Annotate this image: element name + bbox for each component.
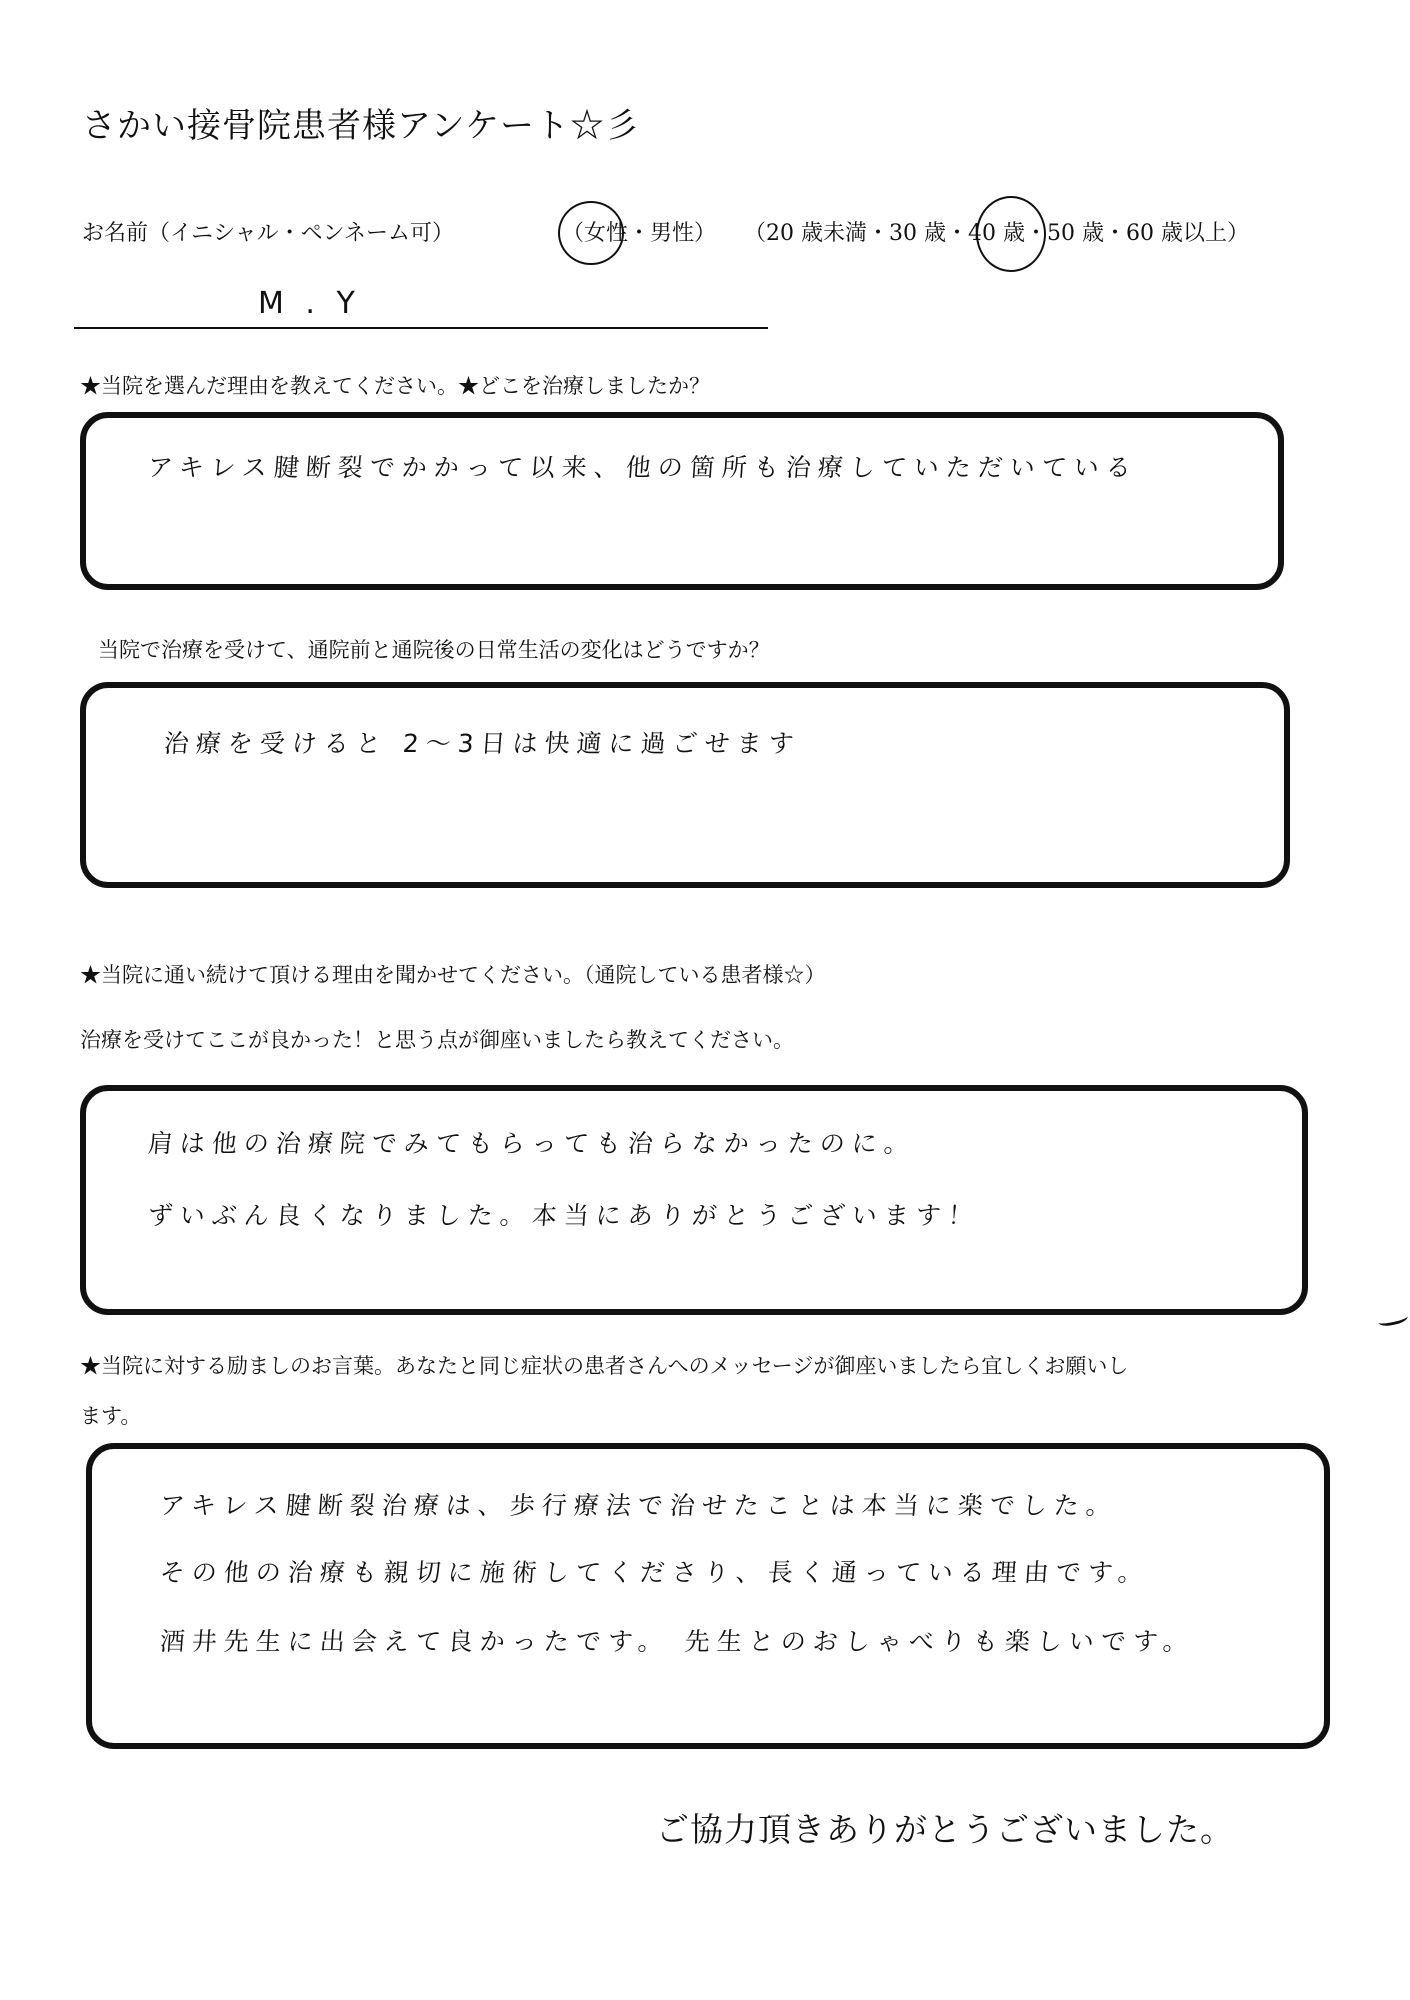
question-3-sublabel: 治療を受けてここが良かった！と思う点が御座いましたら教えてください。 [80,1024,794,1054]
answer-box-1 [80,412,1284,590]
name-label: お名前（イニシャル・ペンネーム可） [82,216,454,247]
question-4-label: ★当院に対する励ましのお言葉。あなたと同じ症状の患者さんへのメッセージが御座いま… [80,1350,1128,1380]
name-underline [74,327,768,329]
answer-3-line-1: 肩は他の治療院でみてもらっても治らなかったのに。 [147,1124,918,1160]
question-4-sublabel: ます。 [80,1400,141,1430]
question-1-label: ★当院を選んだ理由を教えてください。★どこを治療しましたか？ [80,370,710,400]
answer-4-line-1: アキレス腱断裂治療は、歩行療法で治せたことは本当に楽でした。 [159,1486,1120,1522]
answer-2-line-1: 治療を受けると 2～3日は快適に過ごせます [163,724,802,760]
gender-selected-circle [558,201,624,265]
answer-box-2 [80,682,1290,888]
question-2-label: 当院で治療を受けて、通院前と通院後の日常生活の変化はどうですか？ [98,634,770,664]
answer-4-line-3: 酒井先生に出会えて良かったです。 先生とのおしゃべりも楽しいです。 [159,1622,1196,1658]
answer-3-line-2: ずいぶん良くなりました。本当にありがとうございます！ [147,1196,982,1232]
question-3-label: ★当院に通い続けて頂ける理由を聞かせてください。（通院している患者様☆） [80,959,826,989]
age-selected-circle [976,196,1046,272]
scan-artifact [1377,1311,1409,1328]
closing-message: ご協力頂きありがとうございました。 [656,1804,1234,1851]
form-title: さかい接骨院患者様アンケート☆彡 [82,98,640,147]
answer-4-line-2: その他の治療も親切に施術してくださり、長く通っている理由です。 [159,1553,1152,1589]
answer-1-line-1: アキレス腱断裂でかかって以来、他の箇所も治療していただいている [147,448,1140,484]
name-value: M . Y [258,286,361,321]
